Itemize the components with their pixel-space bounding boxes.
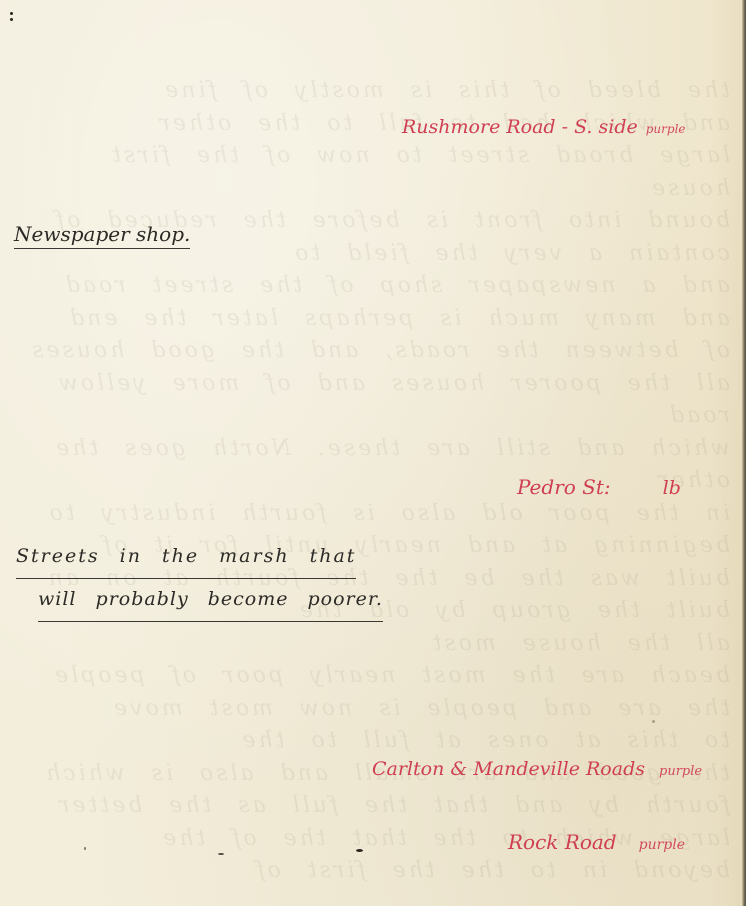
ink-speck: [10, 18, 13, 21]
street-name: Pedro St:: [517, 475, 611, 499]
classification-label: purple: [659, 764, 702, 779]
ink-speck: [218, 853, 224, 855]
street-name: Rushmore Road - S. side: [402, 116, 638, 138]
ink-speck: [10, 12, 13, 15]
annotation-rock-road: Rock Roadpurple: [508, 830, 685, 854]
notebook-page: the bleed of this is mostly of fine and …: [0, 0, 746, 906]
classification-label: lb: [663, 477, 681, 499]
ink-speck: [84, 847, 86, 850]
classification-label: purple: [639, 837, 685, 853]
note-text: Newspaper shop.: [14, 222, 190, 249]
binding-edge: [742, 0, 746, 906]
annotation-pedro-st: Pedro St:lb: [517, 475, 681, 499]
note-line-1: Streets in the marsh that: [16, 536, 356, 579]
note-line-2: will probably become poorer.: [38, 579, 383, 622]
ink-speck: [356, 849, 363, 852]
street-name: Rock Road: [508, 830, 617, 854]
annotation-rushmore-road: Rushmore Road - S. sidepurple: [402, 116, 686, 138]
street-name: Carlton & Mandeville Roads: [372, 758, 645, 780]
ink-speck: [652, 720, 655, 723]
note-newspaper-shop: Newspaper shop.: [14, 222, 190, 249]
annotation-carlton-mandeville: Carlton & Mandeville Roadspurple: [372, 758, 702, 780]
classification-label: purple: [646, 122, 686, 136]
note-streets-marsh: Streets in the marsh that will probably …: [16, 536, 383, 622]
